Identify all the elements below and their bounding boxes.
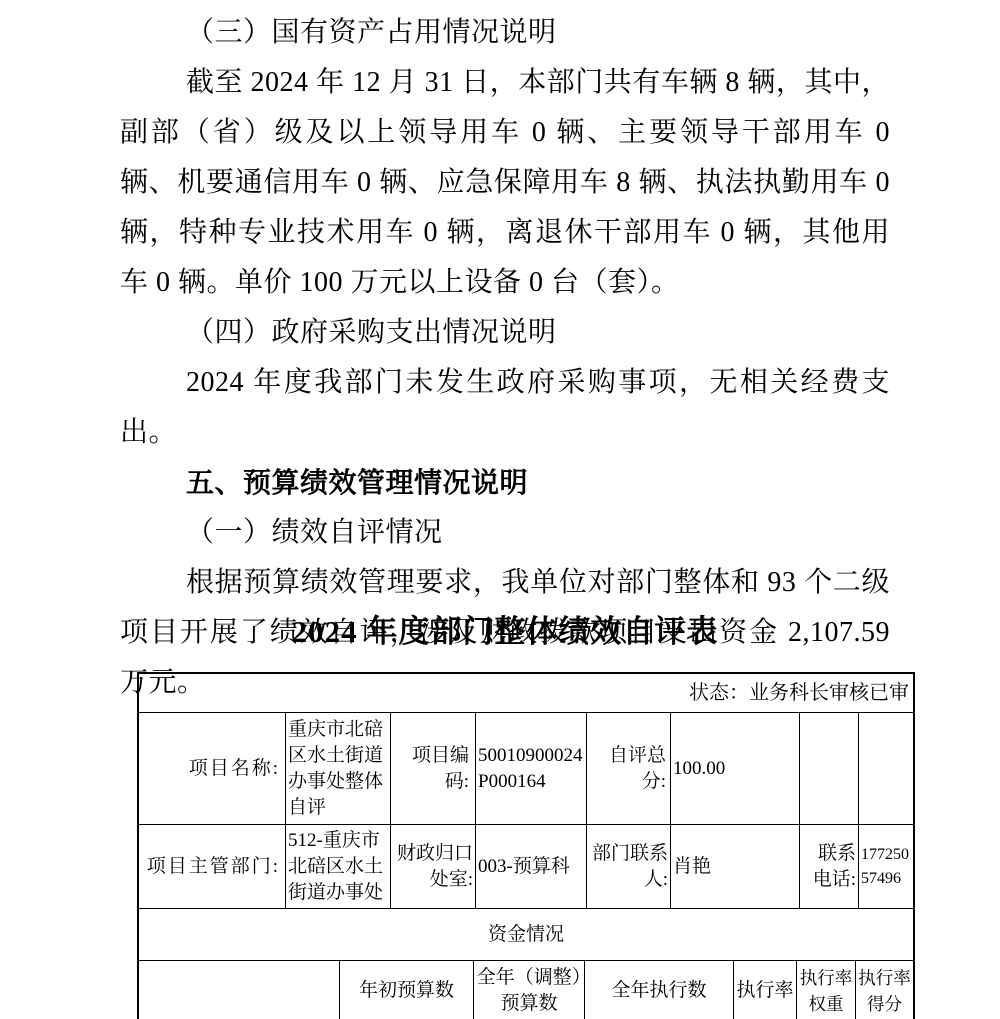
- section-heading-budget-performance: 五、预算绩效管理情况说明: [120, 458, 890, 508]
- project-name-label: 项目名称:: [139, 713, 285, 824]
- empty-cell: [858, 713, 913, 824]
- finance-office-value: 003-预算科: [475, 825, 586, 908]
- section-heading-state-assets: （三）国有资产占用情况说明: [120, 8, 890, 58]
- contact-label: 部门联系人:: [586, 825, 670, 908]
- self-score-value: 100.00: [670, 713, 799, 824]
- project-row: 项目名称: 重庆市北碚区水土街道办事处整体自评 项目编码: 5001090002…: [139, 712, 913, 824]
- status-row: 状态：业务科长审核已审: [139, 674, 913, 712]
- contact-value: 肖艳: [670, 825, 799, 908]
- self-score-label: 自评总分:: [586, 713, 670, 824]
- budget-header-row: 年初预算数 全年（调整）预算数 全年执行数 执行率 执行率权重 执行率得分: [139, 960, 913, 1019]
- finance-office-label: 财政归口处室:: [390, 825, 475, 908]
- para-state-assets-detail: 截至 2024 年 12 月 31 日，本部门共有车辆 8 辆，其中，副部（省）…: [120, 58, 890, 308]
- empty-cell: [799, 713, 858, 824]
- budget-header-blank: [139, 961, 339, 1019]
- dept-value: 512-重庆市北碚区水土街道办事处: [285, 825, 390, 908]
- document-page: （三）国有资产占用情况说明 截至 2024 年 12 月 31 日，本部门共有车…: [0, 0, 1000, 1019]
- funds-section-row: 资金情况: [139, 908, 913, 960]
- phone-value: 17725057496: [858, 825, 913, 908]
- header-rate-score: 执行率得分: [855, 961, 913, 1019]
- header-adjusted-budget: 全年（调整）预算数: [473, 961, 584, 1019]
- department-row: 项目主管部门: 512-重庆市北碚区水土街道办事处 财政归口处室: 003-预算…: [139, 824, 913, 908]
- para-gov-procurement-detail: 2024 年度我部门未发生政府采购事项，无相关经费支出。: [120, 358, 890, 458]
- phone-label: 联系电话:: [799, 825, 858, 908]
- subsection-heading-self-evaluation: （一）绩效自评情况: [120, 508, 890, 558]
- document-body: （三）国有资产占用情况说明 截至 2024 年 12 月 31 日，本部门共有车…: [120, 8, 890, 708]
- funds-section-header: 资金情况: [139, 909, 913, 960]
- status-cell: 状态：业务科长审核已审: [139, 674, 913, 712]
- header-rate-weight: 执行率权重: [796, 961, 855, 1019]
- project-code-value: 50010900024P000164: [475, 713, 586, 824]
- table-title: 2024 年度部门整体绩效自评表: [120, 610, 890, 654]
- header-executed: 全年执行数: [584, 961, 733, 1019]
- section-heading-gov-procurement: （四）政府采购支出情况说明: [120, 308, 890, 358]
- header-execution-rate: 执行率: [733, 961, 796, 1019]
- dept-label: 项目主管部门:: [139, 825, 285, 908]
- project-name-value: 重庆市北碚区水土街道办事处整体自评: [285, 713, 390, 824]
- header-initial-budget: 年初预算数: [339, 961, 473, 1019]
- evaluation-table: 状态：业务科长审核已审 项目名称: 重庆市北碚区水土街道办事处整体自评 项目编码…: [137, 672, 915, 1019]
- project-code-label: 项目编码:: [390, 713, 475, 824]
